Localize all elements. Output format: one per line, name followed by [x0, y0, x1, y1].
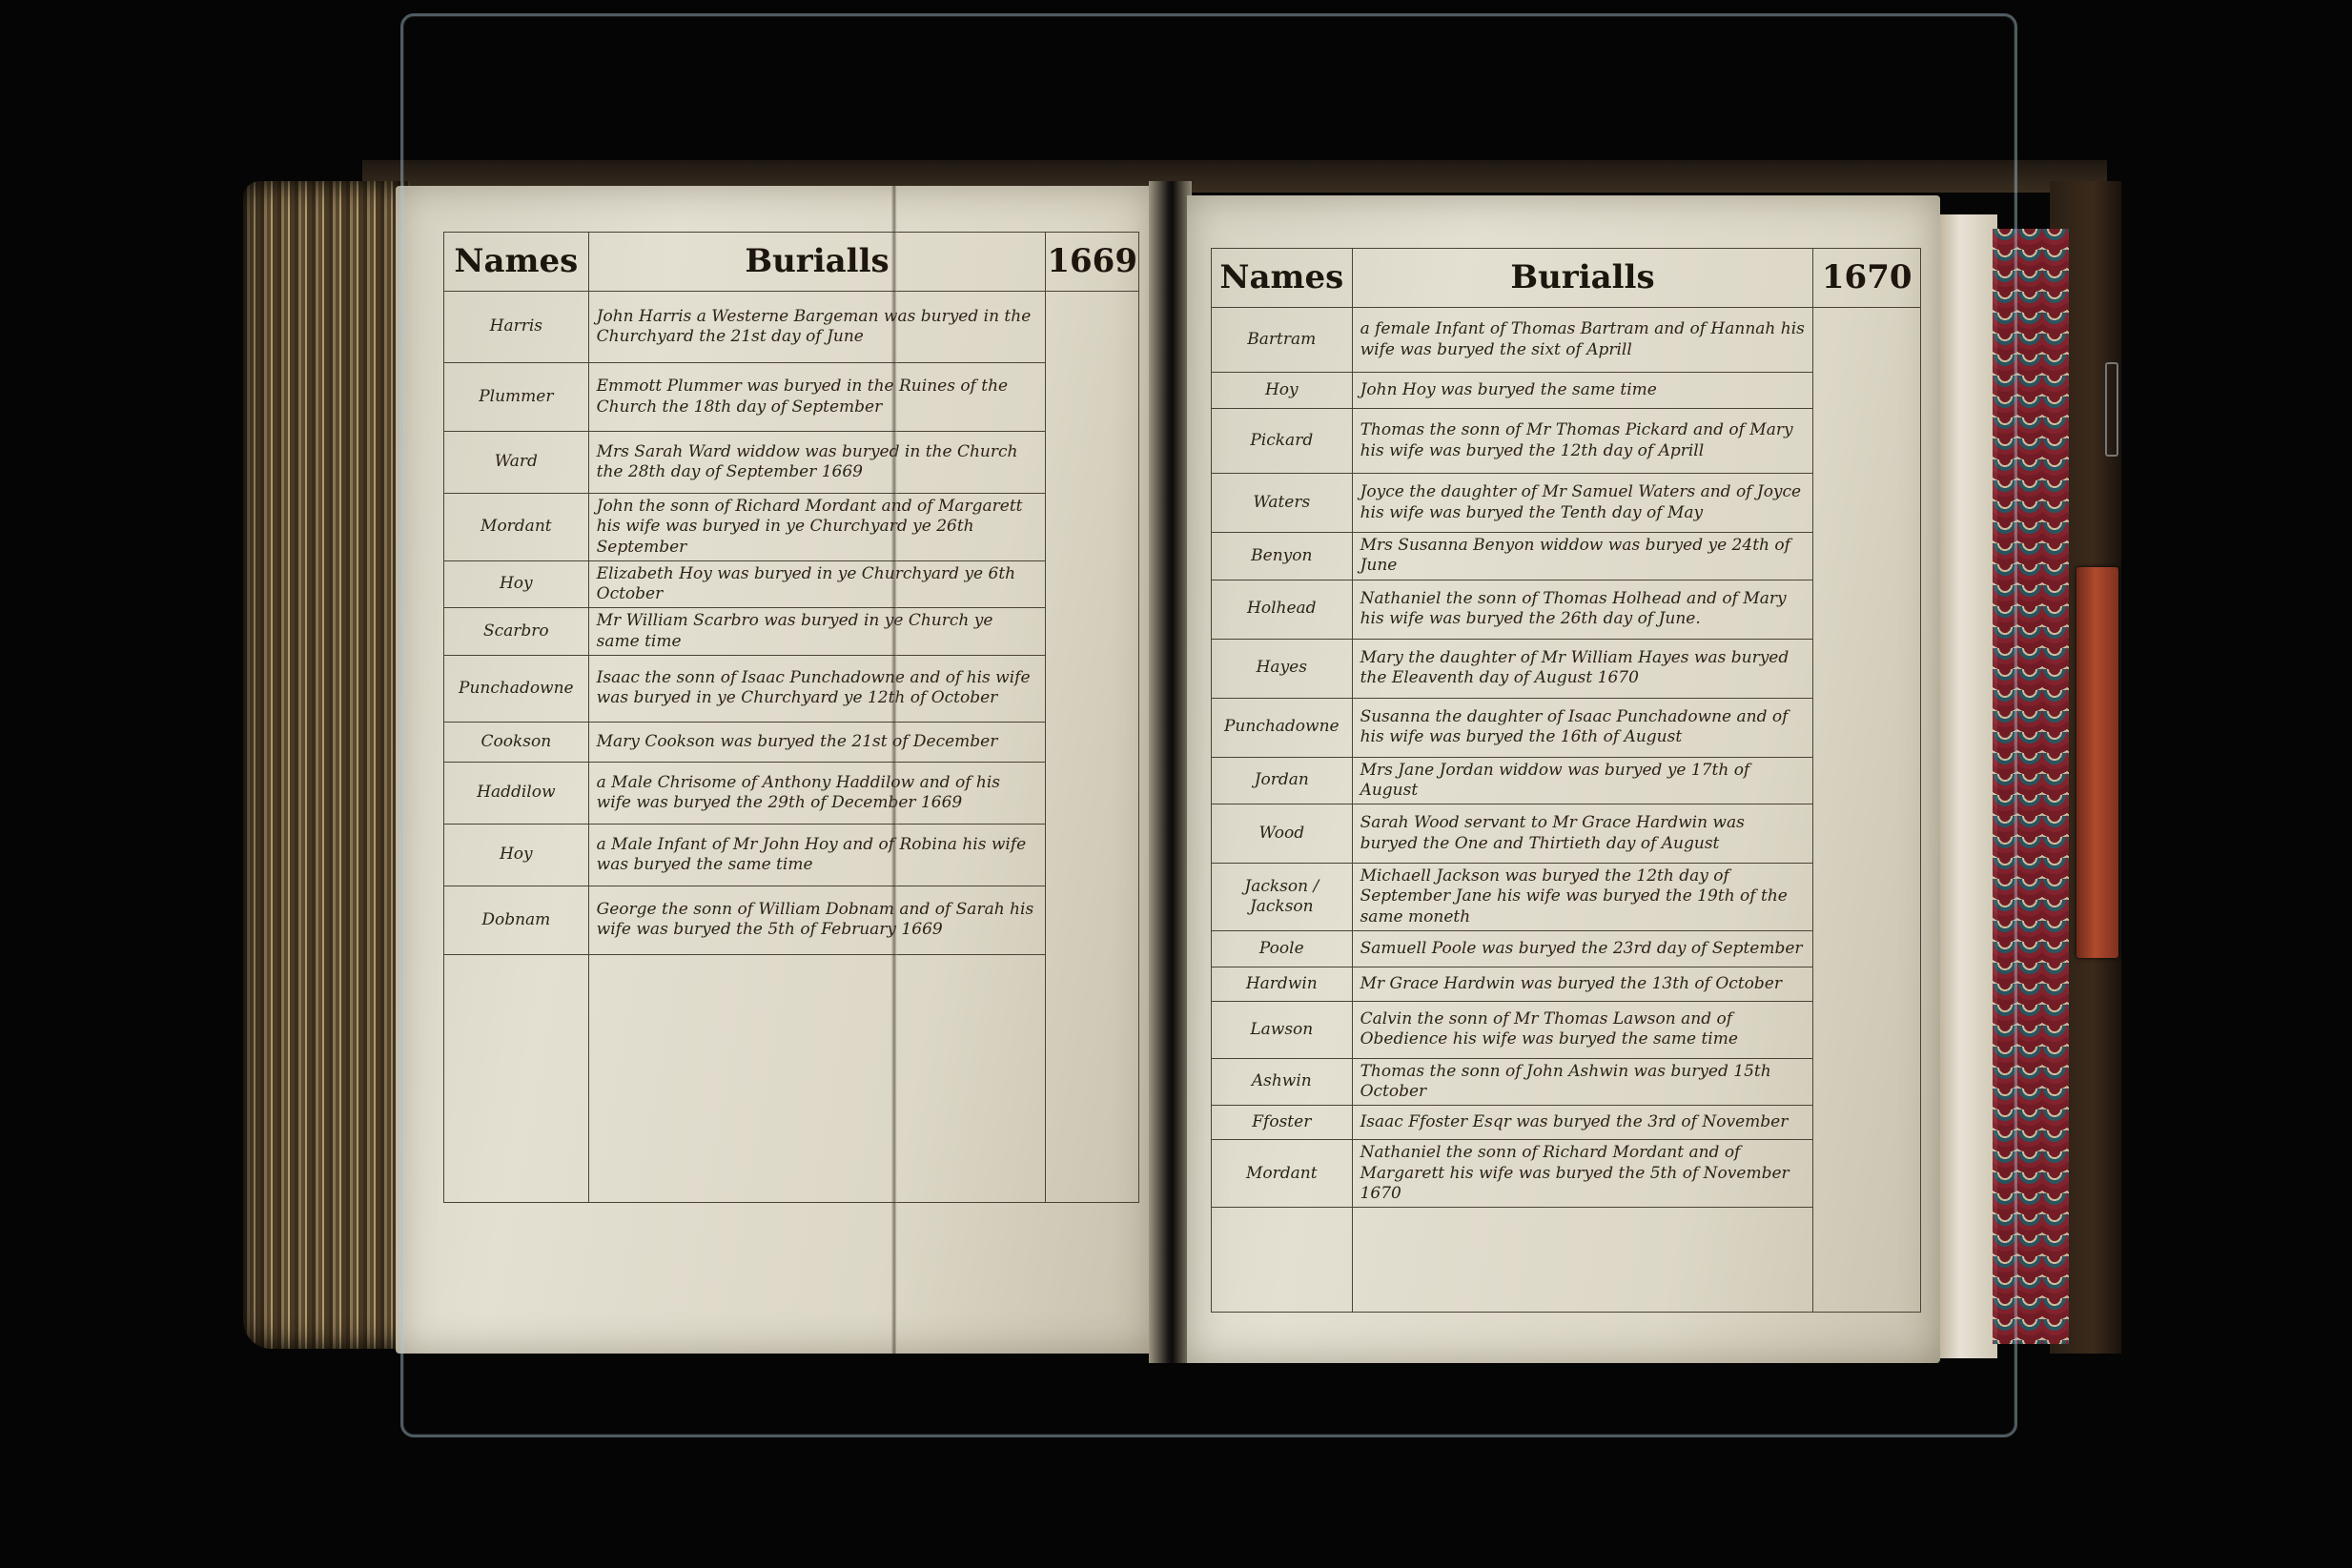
entry-text: Nathaniel the sonn of Thomas Holhead and… [1352, 580, 1813, 639]
entry-name: Hayes [1212, 639, 1353, 698]
year-header: 1669 [1046, 233, 1139, 292]
entry-text: Elizabeth Hoy was buryed in ye Churchyar… [588, 560, 1046, 608]
entry-text: John Hoy was buryed the same time [1352, 373, 1813, 409]
entry-name: Haddilow [444, 762, 589, 824]
entry-name: Hardwin [1212, 967, 1353, 1001]
right-page: Names Burialls 1670 Bartrama female Infa… [1187, 195, 1940, 1363]
entry-name: Benyon [1212, 533, 1353, 580]
entry-text: Susanna the daughter of Isaac Punchadown… [1352, 698, 1813, 757]
entry-text: Sarah Wood servant to Mr Grace Hardwin w… [1352, 804, 1813, 864]
entry-text: George the sonn of William Dobnam and of… [588, 886, 1046, 954]
entry-text: Mary the daughter of Mr William Hayes wa… [1352, 639, 1813, 698]
entry-text: Samuell Poole was buryed the 23rd day of… [1352, 930, 1813, 967]
entry-text: a female Infant of Thomas Bartram and of… [1352, 308, 1813, 373]
entry-name: Wood [1212, 804, 1353, 864]
burials-header: Burialls [588, 233, 1046, 292]
entry-name: Pickard [1212, 409, 1353, 474]
entry-name: Ffoster [1212, 1106, 1353, 1140]
entry-name: Mordant [444, 494, 589, 561]
flyleaf-stack [1935, 214, 1997, 1358]
entry-text: John Harris a Westerne Bargeman was bury… [588, 292, 1046, 363]
burials-header: Burialls [1352, 249, 1813, 308]
entry-text: Thomas the sonn of John Ashwin was burye… [1352, 1058, 1813, 1106]
left-page: Names Burialls 1669 HarrisJohn Harris a … [396, 186, 1154, 1354]
entry-name: Punchadowne [1212, 698, 1353, 757]
entry-name: Poole [1212, 930, 1353, 967]
page-fold-crease [891, 186, 897, 1354]
entry-name: Hoy [444, 824, 589, 886]
entry-name: Waters [1212, 474, 1353, 533]
year-header: 1670 [1813, 249, 1921, 308]
entry-text: Michaell Jackson was buryed the 12th day… [1352, 864, 1813, 931]
empty-cell [1212, 1208, 1353, 1313]
entry-text: Mr Grace Hardwin was buryed the 13th of … [1352, 967, 1813, 1001]
entry-name: Hoy [1212, 373, 1353, 409]
empty-cell [444, 954, 589, 1202]
entry-text: Thomas the sonn of Mr Thomas Pickard and… [1352, 409, 1813, 474]
entry-name: Holhead [1212, 580, 1353, 639]
entry-name: Scarbro [444, 608, 589, 656]
names-header: Names [1212, 249, 1353, 308]
entry-text: Emmott Plummer was buryed in the Ruines … [588, 363, 1046, 432]
entry-text: a Male Infant of Mr John Hoy and of Robi… [588, 824, 1046, 886]
clasp-pin [2105, 362, 2118, 457]
entry-text: Mr William Scarbro was buryed in ye Chur… [588, 608, 1046, 656]
book-gutter [1149, 181, 1192, 1363]
entry-name: Jackson / Jackson [1212, 864, 1353, 931]
entry-name: Ward [444, 432, 589, 494]
entry-name: Dobnam [444, 886, 589, 954]
empty-cell [588, 954, 1046, 1202]
entry-name: Harris [444, 292, 589, 363]
entry-name: Hoy [444, 560, 589, 608]
entry-text: Mary Cookson was buryed the 21st of Dece… [588, 722, 1046, 762]
marbled-endpaper [1993, 229, 2069, 1344]
entry-text: Isaac the sonn of Isaac Punchadowne and … [588, 655, 1046, 722]
entry-name: Jordan [1212, 757, 1353, 804]
entry-text: Isaac Ffoster Esqr was buryed the 3rd of… [1352, 1106, 1813, 1140]
entry-text: a Male Chrisome of Anthony Haddilow and … [588, 762, 1046, 824]
entry-name: Punchadowne [444, 655, 589, 722]
entry-name: Bartram [1212, 308, 1353, 373]
page-block-edge [243, 181, 410, 1349]
names-header: Names [444, 233, 589, 292]
entry-name: Ashwin [1212, 1058, 1353, 1106]
empty-cell [1352, 1208, 1813, 1313]
entry-text: Joyce the daughter of Mr Samuel Waters a… [1352, 474, 1813, 533]
entry-name: Plummer [444, 363, 589, 432]
entry-text: Mrs Jane Jordan widdow was buryed ye 17t… [1352, 757, 1813, 804]
bookmark-ribbon [2076, 567, 2118, 958]
right-register-table: Names Burialls 1670 Bartrama female Infa… [1211, 248, 1921, 1313]
entry-text: Calvin the sonn of Mr Thomas Lawson and … [1352, 1001, 1813, 1058]
entry-name: Cookson [444, 722, 589, 762]
entry-text: John the sonn of Richard Mordant and of … [588, 494, 1046, 561]
entry-name: Mordant [1212, 1140, 1353, 1208]
left-register-table: Names Burialls 1669 HarrisJohn Harris a … [443, 232, 1139, 1203]
entry-name: Lawson [1212, 1001, 1353, 1058]
entry-text: Mrs Sarah Ward widdow was buryed in the … [588, 432, 1046, 494]
entry-text: Mrs Susanna Benyon widdow was buryed ye … [1352, 533, 1813, 580]
entry-text: Nathaniel the sonn of Richard Mordant an… [1352, 1140, 1813, 1208]
